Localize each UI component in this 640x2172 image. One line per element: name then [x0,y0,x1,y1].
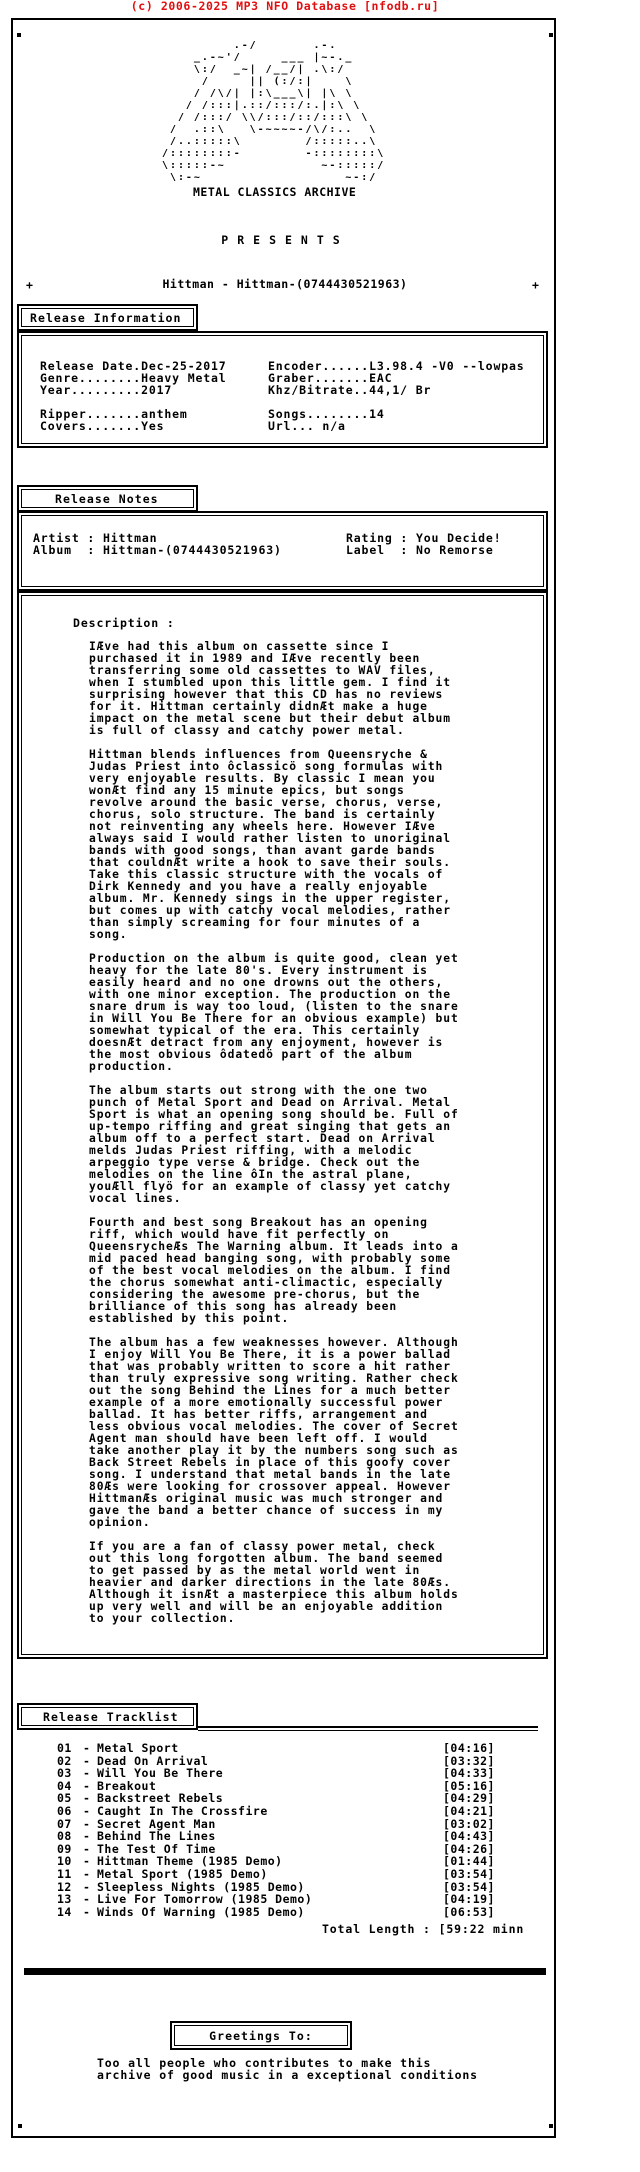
track-separator: - [83,1792,90,1804]
description-paragraph: If you are a fan of classy power metal, … [89,1541,529,1625]
track-separator: - [83,1843,90,1855]
info-value: 2017 [141,383,172,397]
track-title: Secret Agent Man [97,1818,216,1830]
track-duration: [01:44] [443,1855,495,1867]
corner-square-icon [18,2124,22,2128]
track-row: 10-Hittman Theme (1985 Demo)[01:44] [57,1855,527,1867]
track-duration: [04:43] [443,1830,495,1842]
info-key: Khz/Bitrate.. [268,383,369,397]
track-row: 03-Will You Be There[04:33] [57,1767,527,1779]
track-title: Will You Be There [97,1767,223,1779]
track-number: 04 [57,1780,72,1792]
track-title: Winds Of Warning (1985 Demo) [97,1906,305,1918]
track-separator: - [83,1830,90,1842]
track-separator: - [83,1742,90,1754]
track-row: 08-Behind The Lines[04:43] [57,1830,527,1842]
track-duration: [06:53] [443,1906,495,1918]
track-title: Caught In The Crossfire [97,1805,268,1817]
description-paragraph: Production on the album is quite good, c… [89,953,529,1073]
info-value: 14 [369,407,385,421]
track-duration: [04:26] [443,1843,495,1855]
track-number: 08 [57,1830,72,1842]
track-title: Dead On Arrival [97,1755,208,1767]
track-number: 02 [57,1755,72,1767]
info-row: Covers.......Yes [40,420,164,432]
track-separator: - [83,1893,90,1905]
track-duration: [05:16] [443,1780,495,1792]
track-title: Live For Tomorrow (1985 Demo) [97,1893,312,1905]
track-row: 13-Live For Tomorrow (1985 Demo)[04:19] [57,1893,527,1905]
info-key: Covers....... [40,419,141,433]
track-title: Behind The Lines [97,1830,216,1842]
label-value: No Remorse [416,543,494,557]
track-separator: - [83,1906,90,1918]
track-number: 01 [57,1742,72,1754]
info-row: Year.........2017 [40,384,172,396]
track-title: The Test Of Time [97,1843,216,1855]
label-row: Label : No Remorse [346,544,494,556]
track-duration: [04:19] [443,1893,495,1905]
release-title: Hittman - Hittman-(0744430521963) [0,278,570,290]
track-number: 07 [57,1818,72,1830]
track-duration: [03:32] [443,1755,495,1767]
track-separator: - [83,1805,90,1817]
track-title: Backstreet Rebels [97,1792,223,1804]
info-value: n/a [322,419,345,433]
album-label: Album : [33,543,103,557]
tab-release-notes: Release Notes [17,485,198,512]
track-number: 11 [57,1868,72,1880]
total-length: Total Length : [59:22 minn [322,1923,524,1935]
track-title: Sleepless Nights (1985 Demo) [97,1881,305,1893]
track-row: 09-The Test Of Time[04:26] [57,1843,527,1855]
track-separator: - [83,1881,90,1893]
track-separator: - [83,1755,90,1767]
track-duration: [04:29] [443,1792,495,1804]
tracklist-rule-inner [198,1730,538,1731]
track-duration: [03:54] [443,1868,495,1880]
info-row: Url... n/a [268,420,346,432]
track-row: 02-Dead On Arrival[03:32] [57,1755,527,1767]
ascii-logo: .-/ .-. _.-~'/ ___ |~-._ \:/ _~| /__/| .… [162,40,385,184]
bullet-right: + [532,279,540,291]
track-number: 05 [57,1792,72,1804]
track-separator: - [83,1818,90,1830]
description-paragraph: Fourth and best song Breakout has an ope… [89,1217,529,1325]
description-paragraph: Hittman blends influences from Queensryc… [89,749,529,941]
description-label: Description : [73,617,175,629]
track-row: 11-Metal Sport (1985 Demo)[03:54] [57,1868,527,1880]
track-number: 10 [57,1855,72,1867]
track-row: 05-Backstreet Rebels[04:29] [57,1792,527,1804]
greetings-label: Greetings To: [209,2030,313,2042]
track-row: 06-Caught In The Crossfire[04:21] [57,1805,527,1817]
description-paragraph: The album starts out strong with the one… [89,1085,529,1205]
corner-square-icon [549,33,553,37]
corner-square-icon [549,2124,553,2128]
tab-release-information: Release Information [17,304,198,331]
track-number: 03 [57,1767,72,1779]
track-duration: [03:54] [443,1881,495,1893]
track-row: 04-Breakout[05:16] [57,1780,527,1792]
track-number: 13 [57,1893,72,1905]
track-separator: - [83,1868,90,1880]
track-number: 09 [57,1843,72,1855]
info-value: 44,1/ Br [369,383,431,397]
tab-label: Release Information [30,312,182,324]
divider-bar [24,1968,546,1975]
tab-release-tracklist: Release Tracklist [17,1703,198,1730]
track-number: 14 [57,1906,72,1918]
track-number: 06 [57,1805,72,1817]
greetings-line-2: archive of good music in a exceptional c… [97,2069,478,2081]
copyright-banner: (c) 2006-2025 MP3 NFO Database [nfodb.ru… [0,0,570,13]
tracklist-rule [198,1726,538,1728]
track-separator: - [83,1780,90,1792]
archive-title: METAL CLASSICS ARCHIVE [193,186,356,198]
track-row: 01-Metal Sport[04:16] [57,1742,527,1754]
greetings-heading-box: Greetings To: [170,2021,352,2050]
info-key: Year......... [40,383,141,397]
track-title: Breakout [97,1780,156,1792]
description-paragraph: The album has a few weaknesses however. … [89,1337,529,1529]
track-title: Metal Sport (1985 Demo) [97,1868,268,1880]
tab-label: Release Tracklist [43,1711,179,1723]
info-key: Url... [268,419,322,433]
description-body: IÆve had this album on cassette since I … [89,641,529,1637]
track-duration: [04:16] [443,1742,495,1754]
tab-label: Release Notes [55,493,159,505]
track-title: Hittman Theme (1985 Demo) [97,1855,283,1867]
info-row: Khz/Bitrate..44,1/ Br [268,384,431,396]
track-row: 07-Secret Agent Man[03:02] [57,1818,527,1830]
track-row: 14-Winds Of Warning (1985 Demo)[06:53] [57,1906,527,1918]
label-label: Label : [346,543,416,557]
track-separator: - [83,1855,90,1867]
track-duration: [04:33] [443,1767,495,1779]
track-duration: [03:02] [443,1818,495,1830]
track-row: 12-Sleepless Nights (1985 Demo)[03:54] [57,1881,527,1893]
album-row: Album : Hittman-(0744430521963) [33,544,282,556]
track-separator: - [83,1767,90,1779]
presents-heading: PRESENTS [0,234,570,246]
track-number: 12 [57,1881,72,1893]
corner-square-icon [17,33,21,37]
album-value: Hittman-(0744430521963) [103,543,282,557]
description-paragraph: IÆve had this album on cassette since I … [89,641,529,737]
info-value: Yes [141,419,164,433]
track-duration: [04:21] [443,1805,495,1817]
track-title: Metal Sport [97,1742,179,1754]
